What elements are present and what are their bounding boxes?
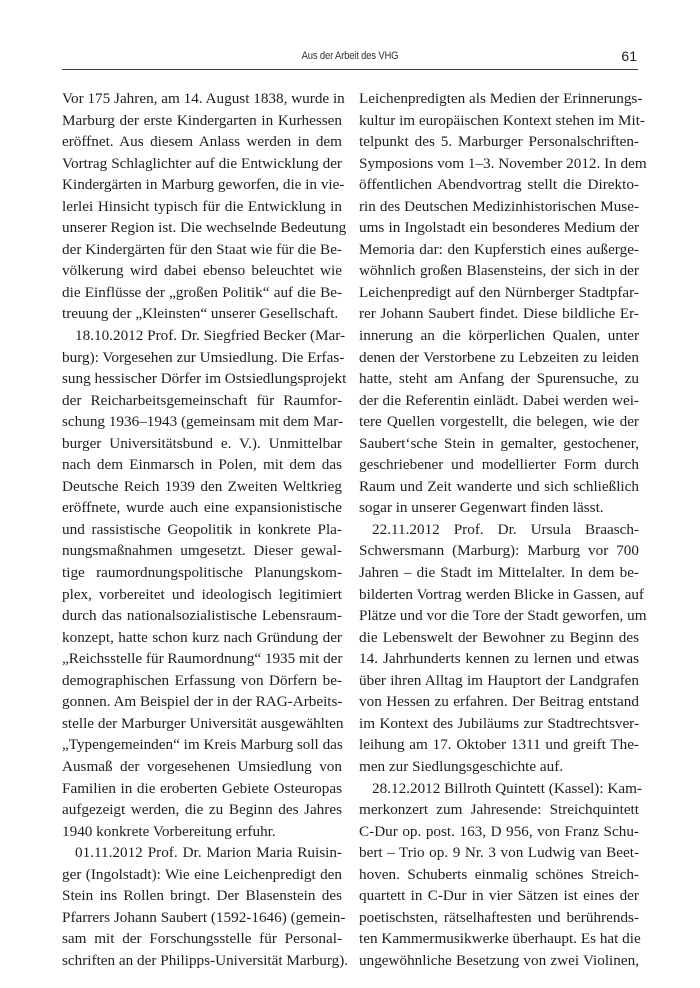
text-line: ungewöhnliche Besetzung von zwei Violine… [359, 950, 639, 972]
text-line: rin des Deutschen Medizinhistorischen Mu… [359, 196, 639, 218]
text-line: über ihren Alltag im Hauptort der Landgr… [359, 670, 639, 692]
text-line: Leichenpredigt auf den Nürnberger Stadtp… [359, 282, 639, 304]
text-line: unserer Region ist. Die wechselnde Bedeu… [62, 217, 342, 239]
text-line: tere Quellen vorgestellt, die belegen, w… [359, 411, 639, 433]
text-line: stelle der Marburger Universität ausgewä… [62, 713, 342, 735]
text-line: Vortrag Schlaglichter auf die Entwicklun… [62, 153, 342, 175]
text-line: völkerung wird dabei ebenso beleuchtet w… [62, 260, 342, 282]
text-line: Saubert‘sche Stein in gemalter, gestoche… [359, 433, 639, 455]
text-line: öffentlichen Abendvortrag stellt die Dir… [359, 174, 639, 196]
text-line: lerlei Hinsicht typisch für die Entwickl… [62, 196, 342, 218]
text-line: Memoria dar: den Kupferstich eines außer… [359, 239, 639, 261]
text-line: eröffnet. Aus diesem Anlass werden in de… [62, 131, 342, 153]
text-line: burg): Vorgesehen zur Umsiedlung. Die Er… [62, 347, 342, 369]
right-column: Leichenpredigten als Medien der Erinneru… [359, 88, 639, 971]
text-line: von Hessen zu erfahren. Der Beitrag ents… [359, 691, 639, 713]
running-header: Aus der Arbeit des VHG 61 [62, 47, 638, 70]
text-line: der die Referentin einlädt. Dabei werden… [359, 390, 639, 412]
text-line: ger (Ingolstadt): Wie eine Leichenpredig… [62, 864, 342, 886]
text-line: kultur im europäischen Kontext stehen im… [359, 110, 639, 132]
page-number: 61 [621, 48, 637, 64]
text-line: 1940 konkrete Vorbereitung erfuhr. [62, 821, 342, 843]
text-line: Deutsche Reich 1939 den Zweiten Weltkrie… [62, 476, 342, 498]
text-line: plex, vorbereitet und ideologisch legiti… [62, 584, 342, 606]
text-line: sam mit der Forschungsstelle für Persona… [62, 928, 342, 950]
text-line: schriften an der Philipps-Universität Ma… [62, 950, 342, 972]
text-line: „Reichsstelle für Raumordnung“ 1935 mit … [62, 648, 342, 670]
text-line: durch das nationalsozialistische Lebensr… [62, 605, 342, 627]
text-line: merkonzert zum Jahresende: Streichquinte… [359, 799, 639, 821]
text-line: Symposions vom 1–3. November 2012. In de… [359, 153, 639, 175]
text-line: quartett in C-Dur in vier Sätzen ist ein… [359, 885, 639, 907]
text-line: poetischsten, rätselhaftesten und berühr… [359, 907, 639, 929]
text-line: die Lebenswelt der Bewohner zu Beginn de… [359, 627, 639, 649]
text-line: der Reicharbeitsgemeinschaft für Raumfor… [62, 390, 342, 412]
text-line: Stein ins Rollen bringt. Der Blasenstein… [62, 885, 342, 907]
text-line: 28.12.2012 Billroth Quintett (Kassel): K… [359, 778, 639, 800]
text-line: 18.10.2012 Prof. Dr. Siegfried Becker (M… [62, 325, 342, 347]
text-line: sogar in unserer Gegenwart finden lässt. [359, 497, 639, 519]
text-line: und rassistische Geopolitik in konkrete … [62, 519, 342, 541]
text-line: 14. Jahrhunderts kennen zu lernen und et… [359, 648, 639, 670]
text-line: Jahren – die Stadt im Mittelalter. In de… [359, 562, 639, 584]
text-line: sung hessischer Dörfer im Ostsiedlungspr… [62, 368, 342, 390]
text-line: nungsmaßnahmen umgesetzt. Dieser gewal- [62, 540, 342, 562]
text-line: bilderten Vortrag werden Blicke in Gasse… [359, 584, 639, 606]
text-line: Schwersmann (Marburg): Marburg vor 700 [359, 540, 639, 562]
text-line: aufgezeigt werden, die zu Beginn des Jah… [62, 799, 342, 821]
running-title: Aus der Arbeit des VHG [102, 50, 597, 62]
text-line: wöhnlich großen Blasensteins, der sich i… [359, 260, 639, 282]
text-line: rer Johann Saubert findet. Diese bildlic… [359, 303, 639, 325]
text-line: telpunkt des 5. Marburger Personalschrif… [359, 131, 639, 153]
text-line: innerung an die körperlichen Qualen, unt… [359, 325, 639, 347]
text-line: Kindergärten in Marburg geworfen, die in… [62, 174, 342, 196]
text-line: ten Kammermusikwerke überhaupt. Es hat d… [359, 928, 639, 950]
text-line: leihung am 17. Oktober 1311 und greift T… [359, 734, 639, 756]
left-column: Vor 175 Jahren, am 14. August 1838, wurd… [62, 88, 342, 971]
text-line: ums in Ingolstadt ein besonderes Medium … [359, 217, 639, 239]
text-line: Familien in die eroberten Gebiete Osteur… [62, 778, 342, 800]
text-line: Plätze und vor die Tore der Stadt geworf… [359, 605, 639, 627]
text-line: konzept, hatte schon kurz nach Gründung … [62, 627, 342, 649]
text-line: Pfarrers Johann Saubert (1592-1646) (gem… [62, 907, 342, 929]
text-line: Ausmaß der vorgesehenen Umsiedlung von [62, 756, 342, 778]
text-line: denen der Verstorbene zu Lebzeiten zu le… [359, 347, 639, 369]
text-line: die Einflüsse der „großen Politik“ auf d… [62, 282, 342, 304]
text-line: hoven. Schuberts einmalig schönes Streic… [359, 864, 639, 886]
text-line: „Typengemeinden“ im Kreis Marburg soll d… [62, 734, 342, 756]
text-line: bert – Trio op. 9 Nr. 3 von Ludwig van B… [359, 842, 639, 864]
text-line: nach dem Einmarsch in Polen, mit dem das [62, 454, 342, 476]
text-line: Marburg der erste Kindergarten in Kurhes… [62, 110, 342, 132]
text-line: 01.11.2012 Prof. Dr. Marion Maria Ruisin… [62, 842, 342, 864]
text-line: hatte, steht am Anfang der Spurensuche, … [359, 368, 639, 390]
text-line: gonnen. Am Beispiel der in der RAG-Arbei… [62, 691, 342, 713]
text-line: Leichenpredigten als Medien der Erinneru… [359, 88, 639, 110]
text-line: der Kindergärten für den Staat wie für d… [62, 239, 342, 261]
text-line: im Kontext des Jubiläums zur Stadtrechts… [359, 713, 639, 735]
text-line: Raum und Zeit wanderte und sich schließl… [359, 476, 639, 498]
text-line: treuung der „Kleinsten“ unserer Gesellsc… [62, 303, 342, 325]
text-line: Vor 175 Jahren, am 14. August 1838, wurd… [62, 88, 342, 110]
text-line: schung 1936–1943 (gemeinsam mit dem Mar- [62, 411, 342, 433]
text-line: demographischen Erfassung von Dörfern be… [62, 670, 342, 692]
text-line: geschriebener und modellierter Form durc… [359, 454, 639, 476]
text-line: tige raumordnungspolitische Planungskom- [62, 562, 342, 584]
text-line: burger Universitätsbund e. V.). Unmittel… [62, 433, 342, 455]
text-line: C-Dur op. post. 163, D 956, von Franz Sc… [359, 821, 639, 843]
text-line: eröffnete, wurde auch eine expansionisti… [62, 497, 342, 519]
text-line: men zur Siedlungsgeschichte auf. [359, 756, 639, 778]
text-line: 22.11.2012 Prof. Dr. Ursula Braasch- [359, 519, 639, 541]
